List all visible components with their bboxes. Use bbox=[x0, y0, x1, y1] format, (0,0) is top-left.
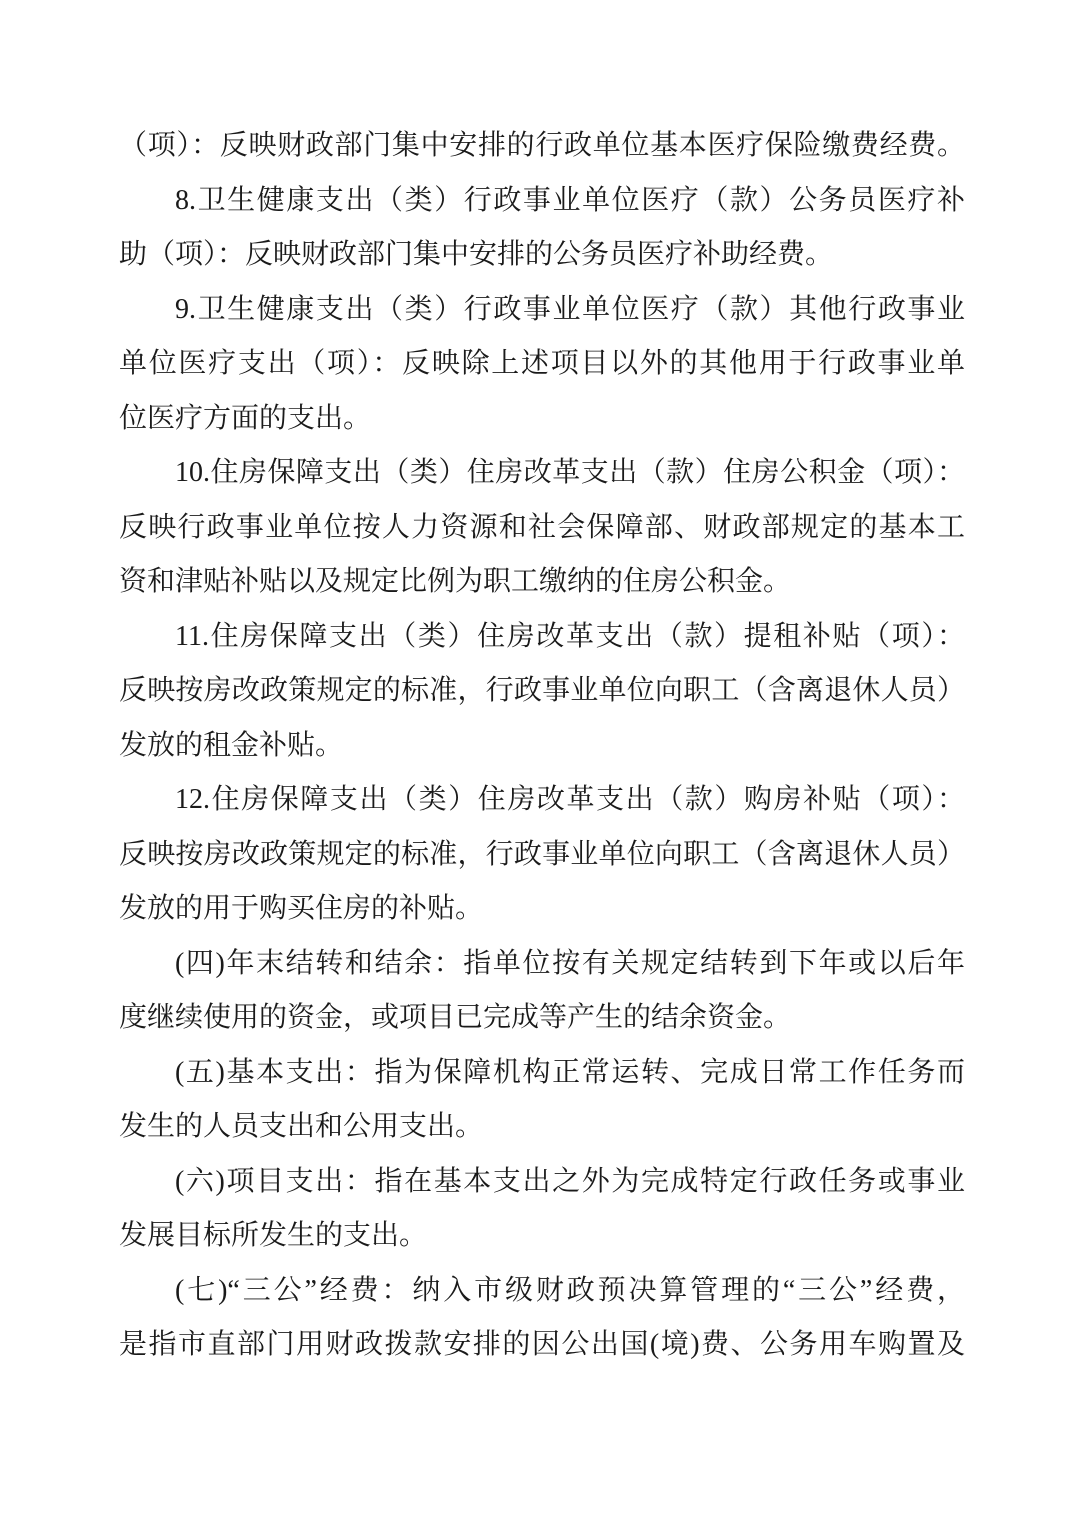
text-line: （项）：反映财政部门集中安排的行政单位基本医疗保险缴费经费。 bbox=[119, 119, 965, 174]
text-line: 反映按房改政策规定的标准，行政事业单位向职工（含离退休人员） bbox=[119, 664, 965, 719]
text-line: 资和津贴补贴以及规定比例为职工缴纳的住房公积金。 bbox=[119, 555, 965, 610]
document-body: （项）：反映财政部门集中安排的行政单位基本医疗保险缴费经费。 8.卫生健康支出（… bbox=[119, 119, 965, 1373]
text-line: (五)基本支出：指为保障机构正常运转、完成日常工作任务而 bbox=[119, 1046, 965, 1101]
text-line: 助（项）：反映财政部门集中安排的公务员医疗补助经费。 bbox=[119, 228, 965, 283]
text-line: 反映行政事业单位按人力资源和社会保障部、财政部规定的基本工 bbox=[119, 501, 965, 556]
text-line: 8.卫生健康支出（类）行政事业单位医疗（款）公务员医疗补 bbox=[119, 174, 965, 229]
text-line: 10.住房保障支出（类）住房改革支出（款）住房公积金（项）： bbox=[119, 446, 965, 501]
text-line: 9.卫生健康支出（类）行政事业单位医疗（款）其他行政事业 bbox=[119, 283, 965, 338]
text-line: 反映按房改政策规定的标准，行政事业单位向职工（含离退休人员） bbox=[119, 828, 965, 883]
text-line: 12.住房保障支出（类）住房改革支出（款）购房补贴（项）： bbox=[119, 773, 965, 828]
text-line: (四)年末结转和结余：指单位按有关规定结转到下年或以后年 bbox=[119, 937, 965, 992]
text-line: 是指市直部门用财政拨款安排的因公出国(境)费、公务用车购置及 bbox=[119, 1318, 965, 1373]
text-line: 11.住房保障支出（类）住房改革支出（款）提租补贴（项）： bbox=[119, 610, 965, 665]
text-line: (七)“三公”经费：纳入市级财政预决算管理的“三公”经费， bbox=[119, 1264, 965, 1319]
text-line: 发放的租金补贴。 bbox=[119, 719, 965, 774]
text-line: (六)项目支出：指在基本支出之外为完成特定行政任务或事业 bbox=[119, 1155, 965, 1210]
text-line: 发生的人员支出和公用支出。 bbox=[119, 1100, 965, 1155]
text-line: 度继续使用的资金，或项目已完成等产生的结余资金。 bbox=[119, 991, 965, 1046]
text-line: 位医疗方面的支出。 bbox=[119, 392, 965, 447]
text-line: 发展目标所发生的支出。 bbox=[119, 1209, 965, 1264]
document-page: （项）：反映财政部门集中安排的行政单位基本医疗保险缴费经费。 8.卫生健康支出（… bbox=[0, 0, 1074, 1520]
text-line: 单位医疗支出（项）：反映除上述项目以外的其他用于行政事业单 bbox=[119, 337, 965, 392]
text-line: 发放的用于购买住房的补贴。 bbox=[119, 882, 965, 937]
